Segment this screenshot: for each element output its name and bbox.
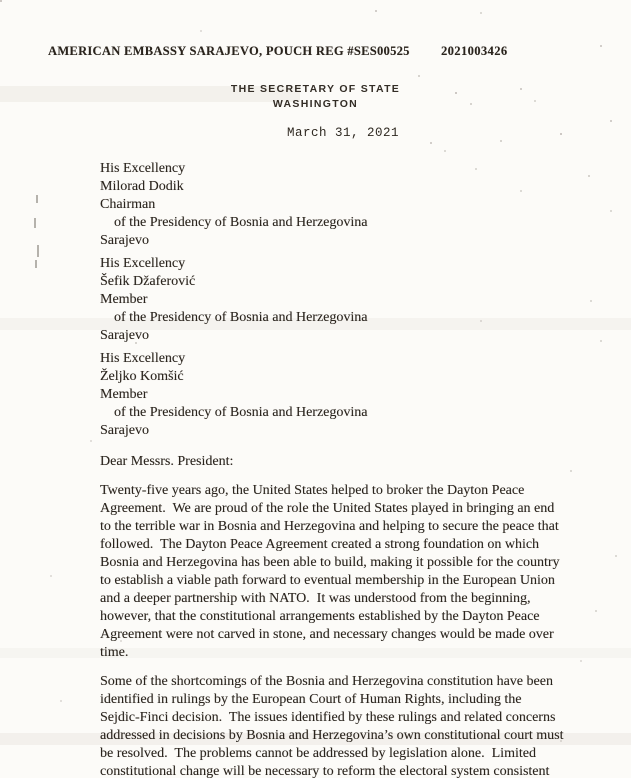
body-line: Some of the shortcomings of the Bosnia a… — [100, 673, 580, 691]
address-line: Chairman — [100, 196, 580, 214]
address-line: Šefik Džaferović — [100, 273, 580, 291]
address-line: Milorad Dodik — [100, 178, 580, 196]
body-line: addressed in decisions by Bosnia and Her… — [100, 727, 580, 745]
letter-date: March 31, 2021 — [287, 126, 399, 140]
address-line: Member — [100, 386, 580, 404]
body-line: Agreement were not carved in stone, and … — [100, 626, 580, 644]
recipient-block-komsic: His Excellency Željko Komšić Member of t… — [100, 350, 580, 440]
address-line: His Excellency — [100, 255, 580, 273]
scan-margin-artifact — [37, 245, 39, 257]
body-line: to establish a viable path forward to ev… — [100, 572, 580, 590]
scan-margin-artifact — [35, 260, 37, 268]
address-line: Željko Komšić — [100, 368, 580, 386]
body-line: be resolved. The problems cannot be addr… — [100, 745, 580, 763]
body-line: however, that the constitutional arrange… — [100, 608, 580, 626]
salutation: Dear Messrs. President: — [100, 453, 580, 471]
body-line: to the terrible war in Bosnia and Herzeg… — [100, 518, 580, 536]
body-line: Sejdic-Finci decision. The issues identi… — [100, 709, 580, 727]
address-line: of the Presidency of Bosnia and Herzegov… — [100, 214, 580, 232]
address-line: Sarajevo — [100, 232, 580, 250]
address-line: of the Presidency of Bosnia and Herzegov… — [100, 309, 580, 327]
body-line: Agreement. We are proud of the role the … — [100, 500, 580, 518]
recipient-block-dodik: His Excellency Milorad Dodik Chairman of… — [100, 160, 580, 250]
scan-noise-speckles — [0, 0, 2, 2]
body-line: Bosnia and Herzegovina has been able to … — [100, 554, 580, 572]
address-line: of the Presidency of Bosnia and Herzegov… — [100, 404, 580, 422]
letterhead-city-line: WASHINGTON — [0, 98, 631, 110]
body-line: Twenty-five years ago, the United States… — [100, 482, 580, 500]
document-number: 2021003426 — [441, 44, 508, 59]
body-paragraph-1: Twenty-five years ago, the United States… — [100, 482, 580, 662]
body-paragraph-2: Some of the shortcomings of the Bosnia a… — [100, 673, 580, 778]
address-line: His Excellency — [100, 350, 580, 368]
pouch-registration-line: AMERICAN EMBASSY SARAJEVO, POUCH REG #SE… — [48, 44, 410, 59]
body-line: time. — [100, 644, 580, 662]
address-line: Member — [100, 291, 580, 309]
recipient-block-dzaferovic: His Excellency Šefik Džaferović Member o… — [100, 255, 580, 345]
letterhead-office-line: THE SECRETARY OF STATE — [0, 83, 631, 95]
address-line: His Excellency — [100, 160, 580, 178]
letterhead: THE SECRETARY OF STATE WASHINGTON — [0, 83, 631, 110]
body-line: followed. The Dayton Peace Agreement cre… — [100, 536, 580, 554]
scan-margin-artifact — [34, 218, 36, 228]
body-line: and a deeper partnership with NATO. It w… — [100, 590, 580, 608]
scanned-letter-page: AMERICAN EMBASSY SARAJEVO, POUCH REG #SE… — [0, 0, 631, 778]
address-line: Sarajevo — [100, 422, 580, 440]
body-line: identified in rulings by the European Co… — [100, 691, 580, 709]
address-line: Sarajevo — [100, 327, 580, 345]
scan-margin-artifact — [36, 195, 38, 203]
letter-body: His Excellency Milorad Dodik Chairman of… — [100, 160, 580, 778]
body-line: constitutional change will be necessary … — [100, 763, 580, 778]
